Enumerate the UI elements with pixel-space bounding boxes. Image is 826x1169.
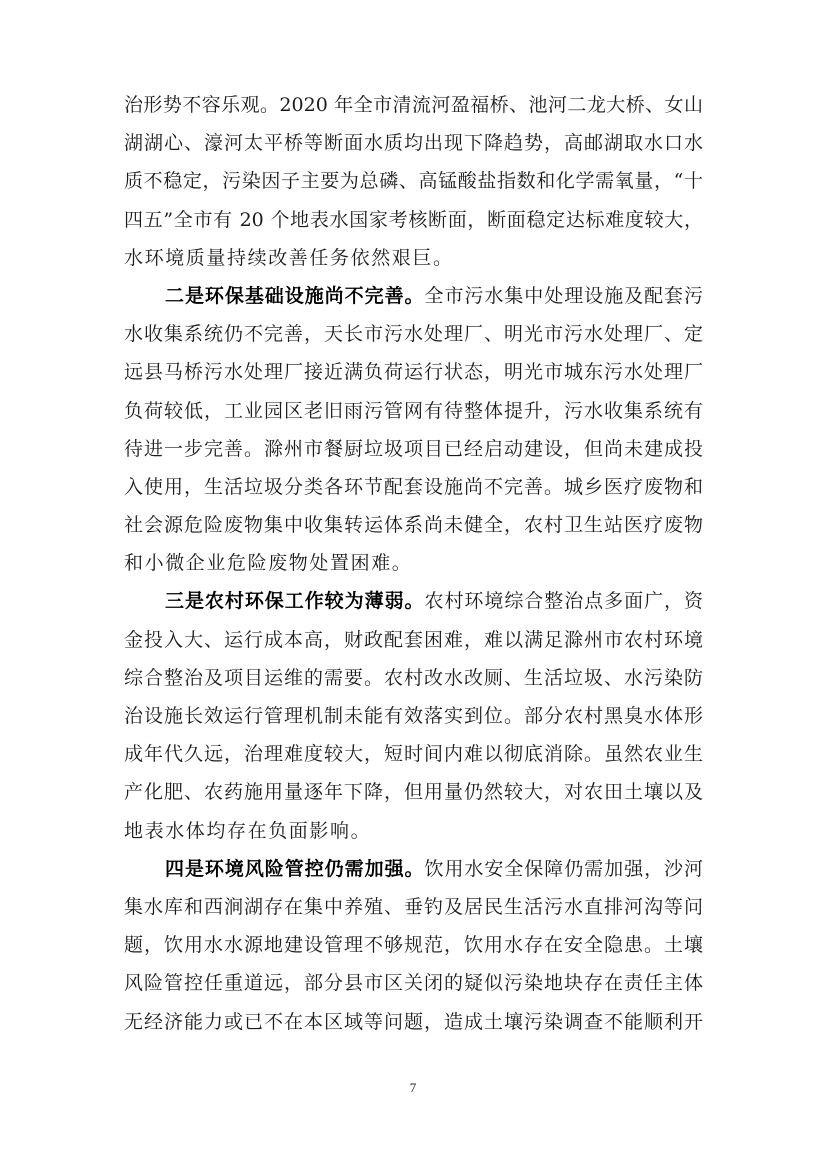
body-text: 治形势不容乐观。2020 年全市清流河盈福桥、池河二龙大桥、女山 湖湖心、濠河太… <box>124 86 703 1041</box>
text-line: 无经济能力或已不在本区域等问题，造成土壤污染调查不能顺利开 <box>124 1003 703 1041</box>
paragraph-heading: 四是环境风险管控仍需加强。 <box>165 858 425 880</box>
text-line: 和小微企业危险废物处置困难。 <box>124 544 703 582</box>
paragraph-heading: 二是环保基础设施尚不完善。 <box>165 285 425 307</box>
text-run: 全市污水集中处理设施及配套污 <box>425 285 704 307</box>
text-line: 远县马桥污水处理厂接近满负荷运行状态，明光市城东污水处理厂 <box>124 353 703 391</box>
text-line: 地表水体均存在负面影响。 <box>124 812 703 850</box>
text-line: 题，饮用水水源地建设管理不够规范，饮用水存在安全隐患。土壤 <box>124 926 703 964</box>
text-line: 社会源危险废物集中收集转运体系尚未健全，农村卫生站医疗废物 <box>124 506 703 544</box>
text-line: 水环境质量持续改善任务依然艰巨。 <box>124 239 703 277</box>
text-line: 治设施长效运行管理机制未能有效落实到位。部分农村黑臭水体形 <box>124 697 703 735</box>
text-line: 入使用，生活垃圾分类各环节配套设施尚不完善。城乡医疗废物和 <box>124 468 703 506</box>
text-line: 负荷较低，工业园区老旧雨污管网有待整体提升，污水收集系统有 <box>124 392 703 430</box>
text-line: 成年代久远，治理难度较大，短时间内难以彻底消除。虽然农业生 <box>124 735 703 773</box>
text-line: 四五”全市有 20 个地表水国家考核断面，断面稳定达标难度较大， <box>124 201 703 239</box>
text-line: 水收集系统仍不完善，天长市污水处理厂、明光市污水处理厂、定 <box>124 315 703 353</box>
text-run: 农村环境综合整治点多面广，资 <box>425 590 704 612</box>
paragraph-heading: 三是农村环保工作较为薄弱。 <box>165 590 425 612</box>
text-line: 质不稳定，污染因子主要为总磷、高锰酸盐指数和化学需氧量，“十 <box>124 162 703 200</box>
text-line: 治形势不容乐观。2020 年全市清流河盈福桥、池河二龙大桥、女山 <box>124 86 703 124</box>
paragraph-first-line: 四是环境风险管控仍需加强。饮用水安全保障仍需加强，沙河 <box>124 850 703 888</box>
paragraph-first-line: 二是环保基础设施尚不完善。全市污水集中处理设施及配套污 <box>124 277 703 315</box>
text-line: 金投入大、运行成本高，财政配套困难，难以满足滁州市农村环境 <box>124 621 703 659</box>
paragraph-first-line: 三是农村环保工作较为薄弱。农村环境综合整治点多面广，资 <box>124 582 703 620</box>
text-line: 产化肥、农药施用量逐年下降，但用量仍然较大，对农田土壤以及 <box>124 773 703 811</box>
text-line: 集水库和西涧湖存在集中养殖、垂钓及居民生活污水直排河沟等问 <box>124 888 703 926</box>
text-line: 湖湖心、濠河太平桥等断面水质均出现下降趋势，高邮湖取水口水 <box>124 124 703 162</box>
text-run: 饮用水安全保障仍需加强，沙河 <box>425 858 704 880</box>
page-number: 7 <box>0 1080 826 1096</box>
document-page: 治形势不容乐观。2020 年全市清流河盈福桥、池河二龙大桥、女山 湖湖心、濠河太… <box>0 0 826 1169</box>
text-line: 待进一步完善。滁州市餐厨垃圾项目已经启动建设，但尚未建成投 <box>124 430 703 468</box>
text-line: 综合整治及项目运维的需要。农村改水改厕、生活垃圾、水污染防 <box>124 659 703 697</box>
text-line: 风险管控任重道远，部分县市区关闭的疑似污染地块存在责任主体 <box>124 964 703 1002</box>
